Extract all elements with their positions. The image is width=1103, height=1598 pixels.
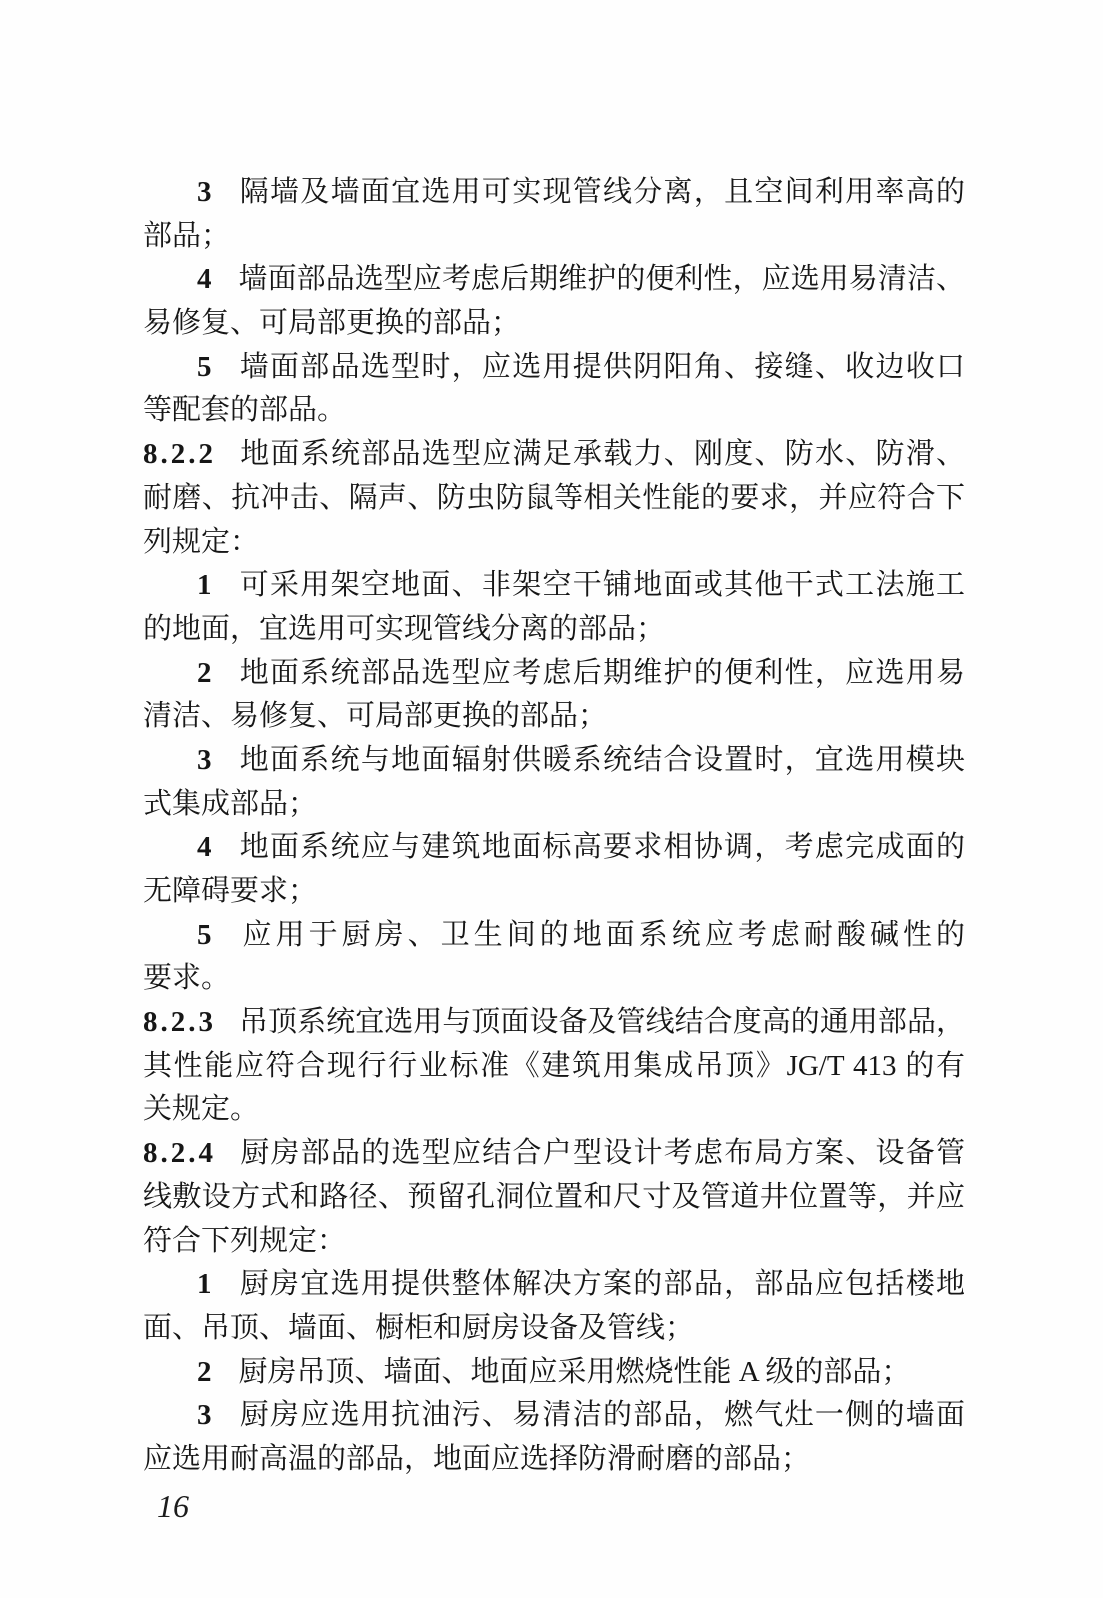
item-number: 1 [197, 569, 212, 601]
line-text: 地面系统部品选型应满足承载力、刚度、防水、防滑、 [239, 438, 965, 470]
line-text: 列规定： [143, 526, 259, 558]
line-text: 符合下列规定： [143, 1225, 346, 1257]
text-line: 1可采用架空地面、非架空干铺地面或其他干式工法施工 [143, 564, 965, 608]
text-line: 8.2.3吊顶系统宜选用与顶面设备及管线结合度高的通用部品， [143, 1001, 965, 1045]
line-text: 应选用耐高温的部品，地面应选择防滑耐磨的部品； [143, 1443, 810, 1475]
text-line: 1厨房宜选用提供整体解决方案的部品，部品应包括楼地 [143, 1263, 965, 1307]
line-text: 可采用架空地面、非架空干铺地面或其他干式工法施工 [239, 569, 966, 601]
text-line: 3隔墙及墙面宜选用可实现管线分离，且空间利用率高的 [143, 171, 965, 215]
line-text: 墙面部品选型应考虑后期维护的便利性，应选用易清洁、 [239, 263, 966, 295]
item-number: 3 [197, 1399, 212, 1431]
text-line: 4墙面部品选型应考虑后期维护的便利性，应选用易清洁、 [143, 258, 965, 302]
item-number: 4 [197, 831, 212, 863]
line-text: 面、吊顶、墙面、橱柜和厨房设备及管线； [143, 1312, 694, 1344]
text-line: 2厨房吊顶、墙面、地面应采用燃烧性能 A 级的部品； [143, 1351, 965, 1395]
line-text: 厨房宜选用提供整体解决方案的部品，部品应包括楼地 [239, 1268, 966, 1300]
item-number: 1 [197, 1268, 212, 1300]
text-line: 的地面，宜选用可实现管线分离的部品； [143, 608, 965, 652]
line-text: 无障碍要求； [143, 875, 317, 907]
line-text: 要求。 [143, 962, 230, 994]
line-text: 厨房吊顶、墙面、地面应采用燃烧性能 A 级的部品； [239, 1356, 911, 1388]
text-line: 要求。 [143, 957, 965, 1001]
document-page: 3隔墙及墙面宜选用可实现管线分离，且空间利用率高的部品；4墙面部品选型应考虑后期… [0, 0, 1103, 1598]
item-number: 4 [197, 263, 212, 295]
text-line: 式集成部品； [143, 783, 965, 827]
line-text: 耐磨、抗冲击、隔声、防虫防鼠等相关性能的要求，并应符合下 [143, 482, 965, 514]
clause-number: 8.2.3 [143, 1006, 216, 1038]
text-line: 部品； [143, 215, 965, 259]
text-line: 应选用耐高温的部品，地面应选择防滑耐磨的部品； [143, 1438, 965, 1482]
line-text: 等配套的部品。 [143, 394, 346, 426]
text-line: 3地面系统与地面辐射供暖系统结合设置时，宜选用模块 [143, 739, 965, 783]
text-line: 耐磨、抗冲击、隔声、防虫防鼠等相关性能的要求，并应符合下 [143, 477, 965, 521]
text-line: 2地面系统部品选型应考虑后期维护的便利性，应选用易 [143, 652, 965, 696]
text-line: 8.2.4厨房部品的选型应结合户型设计考虑布局方案、设备管 [143, 1132, 965, 1176]
item-number: 5 [197, 351, 212, 383]
text-line: 线敷设方式和路径、预留孔洞位置和尺寸及管道井位置等，并应 [143, 1176, 965, 1220]
line-text: 线敷设方式和路径、预留孔洞位置和尺寸及管道井位置等，并应 [143, 1181, 965, 1213]
text-line: 列规定： [143, 521, 965, 565]
item-number: 3 [197, 176, 212, 208]
line-text: 的地面，宜选用可实现管线分离的部品； [143, 613, 665, 645]
line-text: 地面系统部品选型应考虑后期维护的便利性，应选用易 [239, 657, 966, 689]
line-text: 墙面部品选型时，应选用提供阴阳角、接缝、收边收口 [239, 351, 966, 383]
line-text: 地面系统应与建筑地面标高要求相协调，考虑完成面的 [239, 831, 966, 863]
line-text: 厨房部品的选型应结合户型设计考虑布局方案、设备管 [239, 1137, 965, 1169]
item-number: 2 [197, 1356, 212, 1388]
line-text: 易修复、可局部更换的部品； [143, 307, 520, 339]
line-text: 关规定。 [143, 1093, 259, 1125]
line-text: 厨房应选用抗油污、易清洁的部品，燃气灶一侧的墙面 [239, 1399, 966, 1431]
line-text: 式集成部品； [143, 788, 317, 820]
clause-number: 8.2.2 [143, 438, 216, 470]
text-line: 无障碍要求； [143, 870, 965, 914]
line-text: 地面系统与地面辐射供暖系统结合设置时，宜选用模块 [239, 744, 966, 776]
text-line: 其性能应符合现行行业标准《建筑用集成吊顶》JG/T 413 的有 [143, 1045, 965, 1089]
text-line: 易修复、可局部更换的部品； [143, 302, 965, 346]
clause-number: 8.2.4 [143, 1137, 216, 1169]
line-text: 部品； [143, 220, 230, 252]
text-line: 5应用于厨房、卫生间的地面系统应考虑耐酸碱性的 [143, 914, 965, 958]
text-line: 3厨房应选用抗油污、易清洁的部品，燃气灶一侧的墙面 [143, 1394, 965, 1438]
line-text: 清洁、易修复、可局部更换的部品； [143, 700, 607, 732]
text-line: 面、吊顶、墙面、橱柜和厨房设备及管线； [143, 1307, 965, 1351]
line-text: 隔墙及墙面宜选用可实现管线分离，且空间利用率高的 [239, 176, 966, 208]
document-body: 3隔墙及墙面宜选用可实现管线分离，且空间利用率高的部品；4墙面部品选型应考虑后期… [143, 171, 965, 1482]
line-text: 其性能应符合现行行业标准《建筑用集成吊顶》JG/T 413 的有 [143, 1050, 965, 1082]
line-text: 吊顶系统宜选用与顶面设备及管线结合度高的通用部品， [239, 1006, 965, 1038]
item-number: 5 [197, 919, 212, 951]
line-text: 应用于厨房、卫生间的地面系统应考虑耐酸碱性的 [239, 919, 966, 951]
text-line: 等配套的部品。 [143, 389, 965, 433]
text-line: 5墙面部品选型时，应选用提供阴阳角、接缝、收边收口 [143, 346, 965, 390]
text-line: 8.2.2地面系统部品选型应满足承载力、刚度、防水、防滑、 [143, 433, 965, 477]
item-number: 3 [197, 744, 212, 776]
text-line: 清洁、易修复、可局部更换的部品； [143, 695, 965, 739]
text-line: 符合下列规定： [143, 1220, 965, 1264]
text-line: 关规定。 [143, 1088, 965, 1132]
text-line: 4地面系统应与建筑地面标高要求相协调，考虑完成面的 [143, 826, 965, 870]
item-number: 2 [197, 657, 212, 689]
page-number: 16 [157, 1486, 189, 1526]
